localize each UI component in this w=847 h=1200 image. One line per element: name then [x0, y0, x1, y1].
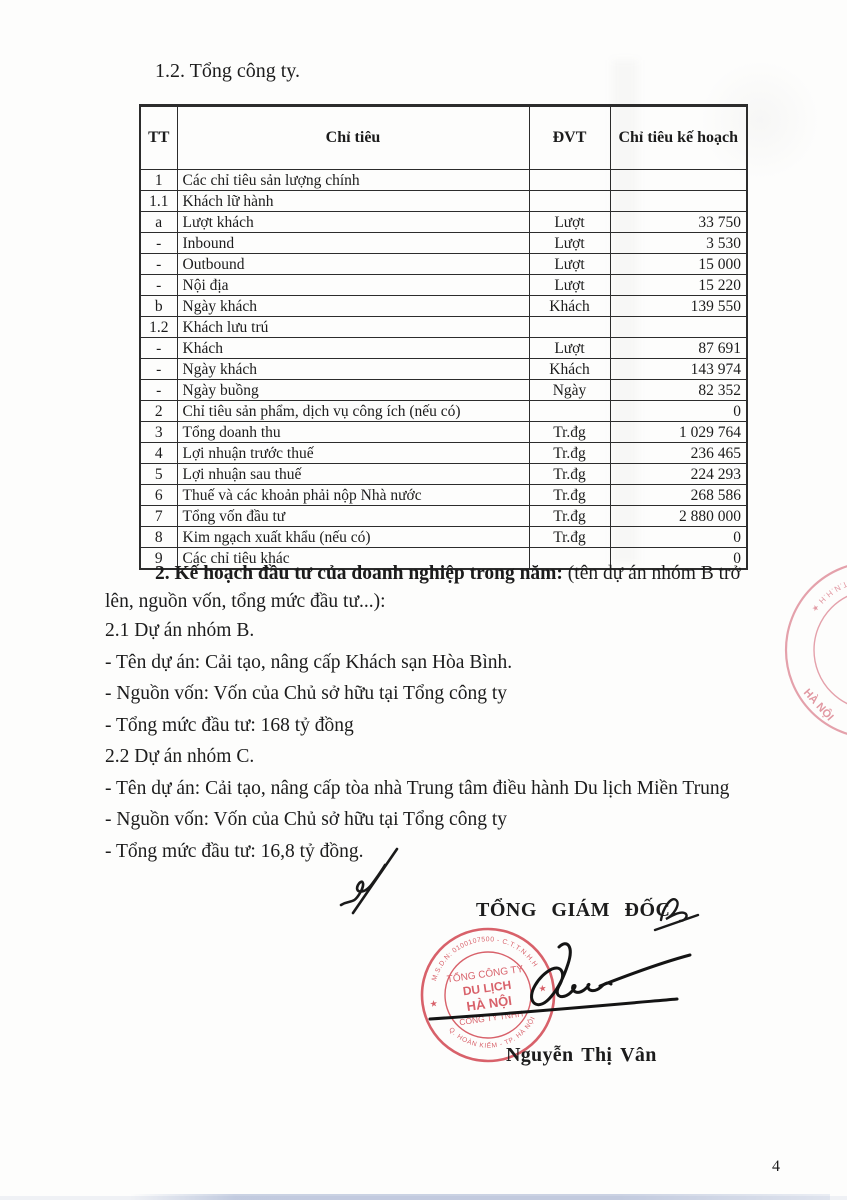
cell-indicator: Ngày khách: [177, 359, 529, 380]
paragraph-line: 2.2 Dự án nhóm C.: [105, 741, 729, 773]
table-row: 5Lợi nhuận sau thuếTr.đg224 293: [140, 464, 747, 485]
cell-value: 0: [610, 527, 747, 548]
cell-unit: Lượt: [529, 275, 610, 296]
paragraph-line: 2.1 Dự án nhóm B.: [105, 615, 729, 647]
cell-unit: Khách: [529, 296, 610, 317]
section2-heading-line2: lên, nguồn vốn, tổng mức đầu tư...):: [105, 591, 386, 613]
table-row: -Nội địaLượt15 220: [140, 275, 747, 296]
scan-artifact-strip: [130, 1194, 830, 1200]
svg-text:T.T.N.H.H ★: T.T.N.H.H ★: [809, 577, 847, 615]
table-row: -InboundLượt3 530: [140, 233, 747, 254]
table-header-row: TT Chỉ tiêu ĐVT Chỉ tiêu kế hoạch: [140, 106, 747, 170]
paragraph-line: - Tên dự án: Cải tạo, nâng cấp Khách sạn…: [105, 647, 729, 679]
table-row: 6Thuế và các khoản phải nộp Nhà nướcTr.đ…: [140, 485, 747, 506]
header-indicator: Chỉ tiêu: [177, 106, 529, 170]
cell-tt: 4: [140, 443, 177, 464]
cell-tt: a: [140, 212, 177, 233]
section2-heading-tail: (tên dự án nhóm B trở: [563, 563, 741, 584]
cell-tt: 1: [140, 170, 177, 191]
cell-value: 82 352: [610, 380, 747, 401]
cell-tt: 3: [140, 422, 177, 443]
table-row: 8Kim ngạch xuất khẩu (nếu có)Tr.đg0: [140, 527, 747, 548]
paragraph-line: - Tổng mức đầu tư: 16,8 tỷ đồng.: [105, 836, 729, 868]
cell-unit: [529, 170, 610, 191]
cell-indicator: Kim ngạch xuất khẩu (nếu có): [177, 527, 529, 548]
table-row: 4Lợi nhuận trước thuếTr.đg236 465: [140, 443, 747, 464]
cell-unit: Ngày: [529, 380, 610, 401]
edge-seal-arc-text: T.T.N.H.H ★: [809, 577, 847, 615]
header-plan: Chỉ tiêu kế hoạch: [610, 106, 747, 170]
cell-tt: b: [140, 296, 177, 317]
cell-value: 224 293: [610, 464, 747, 485]
edge-partial-seal: T.T.N.H.H ★ HÀ NỘI: [754, 545, 847, 760]
cell-tt: -: [140, 275, 177, 296]
table-row: -OutboundLượt15 000: [140, 254, 747, 275]
paragraph-line: - Tổng mức đầu tư: 168 tỷ đồng: [105, 710, 729, 742]
section2-heading-line1: 2. Kế hoạch đầu tư của doanh nghiệp tron…: [105, 563, 741, 585]
section-title: 1.2. Tổng công ty.: [155, 60, 300, 83]
cell-indicator: Inbound: [177, 233, 529, 254]
cell-value: 33 750: [610, 212, 747, 233]
cell-value: 87 691: [610, 338, 747, 359]
cell-indicator: Lợi nhuận sau thuế: [177, 464, 529, 485]
indicator-table: TT Chỉ tiêu ĐVT Chỉ tiêu kế hoạch 1Các c…: [139, 104, 748, 570]
cell-unit: [529, 317, 610, 338]
cell-value: 2 880 000: [610, 506, 747, 527]
cell-unit: Tr.đg: [529, 422, 610, 443]
cell-unit: Tr.đg: [529, 443, 610, 464]
cell-unit: Tr.đg: [529, 527, 610, 548]
header-unit: ĐVT: [529, 106, 610, 170]
cell-indicator: Ngày khách: [177, 296, 529, 317]
signature-handwriting: [428, 933, 713, 1038]
indicator-table-body: 1Các chỉ tiêu sản lượng chính1.1Khách lữ…: [140, 170, 747, 570]
cell-unit: [529, 191, 610, 212]
cell-tt: 5: [140, 464, 177, 485]
cell-tt: 1.1: [140, 191, 177, 212]
paragraph-line: - Nguồn vốn: Vốn của Chủ sở hữu tại Tổng…: [105, 678, 729, 710]
cell-indicator: Lợi nhuận trước thuế: [177, 443, 529, 464]
table-row: 1.1Khách lữ hành: [140, 191, 747, 212]
table-row: 3Tổng doanh thuTr.đg1 029 764: [140, 422, 747, 443]
signer-name: Nguyễn Thị Vân: [506, 1044, 657, 1067]
cell-value: 236 465: [610, 443, 747, 464]
cell-indicator: Lượt khách: [177, 212, 529, 233]
cell-value: 15 220: [610, 275, 747, 296]
cell-unit: Tr.đg: [529, 506, 610, 527]
cell-indicator: Ngày buồng: [177, 380, 529, 401]
table-row: 1Các chỉ tiêu sản lượng chính: [140, 170, 747, 191]
cell-value: [610, 317, 747, 338]
cell-value: 268 586: [610, 485, 747, 506]
cell-tt: -: [140, 254, 177, 275]
cell-tt: 1.2: [140, 317, 177, 338]
cell-indicator: Các chỉ tiêu sản lượng chính: [177, 170, 529, 191]
cell-indicator: Nội địa: [177, 275, 529, 296]
cell-tt: 2: [140, 401, 177, 422]
cell-indicator: Chỉ tiêu sản phẩm, dịch vụ công ích (nếu…: [177, 401, 529, 422]
cell-unit: Lượt: [529, 233, 610, 254]
table-row: 1.2Khách lưu trú: [140, 317, 747, 338]
cell-value: 143 974: [610, 359, 747, 380]
cell-value: 15 000: [610, 254, 747, 275]
paragraph-line: - Tên dự án: Cải tạo, nâng cấp tòa nhà T…: [105, 773, 729, 805]
cell-value: 139 550: [610, 296, 747, 317]
cell-tt: 7: [140, 506, 177, 527]
cell-tt: -: [140, 233, 177, 254]
cell-indicator: Tổng vốn đầu tư: [177, 506, 529, 527]
cell-tt: 6: [140, 485, 177, 506]
section2-lines: 2.1 Dự án nhóm B.- Tên dự án: Cải tạo, n…: [105, 615, 729, 867]
cell-unit: Khách: [529, 359, 610, 380]
table-row: bNgày kháchKhách139 550: [140, 296, 747, 317]
cell-tt: -: [140, 359, 177, 380]
cell-indicator: Outbound: [177, 254, 529, 275]
cell-value: 3 530: [610, 233, 747, 254]
table-row: -Ngày buồngNgày82 352: [140, 380, 747, 401]
cell-tt: -: [140, 338, 177, 359]
cell-unit: Tr.đg: [529, 464, 610, 485]
paragraph-line: - Nguồn vốn: Vốn của Chủ sở hữu tại Tổng…: [105, 804, 729, 836]
table-row: -Ngày kháchKhách143 974: [140, 359, 747, 380]
cell-value: [610, 191, 747, 212]
cell-indicator: Khách lưu trú: [177, 317, 529, 338]
cell-unit: Lượt: [529, 212, 610, 233]
cell-unit: Lượt: [529, 338, 610, 359]
cell-indicator: Khách lữ hành: [177, 191, 529, 212]
table-row: 2Chỉ tiêu sản phẩm, dịch vụ công ích (nế…: [140, 401, 747, 422]
cell-value: 1 029 764: [610, 422, 747, 443]
cell-tt: -: [140, 380, 177, 401]
cell-indicator: Thuế và các khoản phải nộp Nhà nước: [177, 485, 529, 506]
cell-unit: Tr.đg: [529, 485, 610, 506]
cell-tt: 8: [140, 527, 177, 548]
cell-value: [610, 170, 747, 191]
header-tt: TT: [140, 106, 177, 170]
handwritten-paraph-icon: [333, 843, 413, 921]
table-row: -KháchLượt87 691: [140, 338, 747, 359]
scanned-document-page: 1.2. Tổng công ty. TT Chỉ tiêu ĐVT Chỉ t…: [0, 0, 847, 1200]
cell-unit: Lượt: [529, 254, 610, 275]
cell-indicator: Tổng doanh thu: [177, 422, 529, 443]
cell-unit: [529, 401, 610, 422]
section2-heading-bold: 2. Kế hoạch đầu tư của doanh nghiệp tron…: [155, 563, 563, 584]
page-number: 4: [772, 1158, 780, 1176]
table-row: aLượt kháchLượt33 750: [140, 212, 747, 233]
table-row: 7Tổng vốn đầu tưTr.đg2 880 000: [140, 506, 747, 527]
initials-paraph-icon: [651, 888, 703, 933]
cell-value: 0: [610, 401, 747, 422]
cell-indicator: Khách: [177, 338, 529, 359]
